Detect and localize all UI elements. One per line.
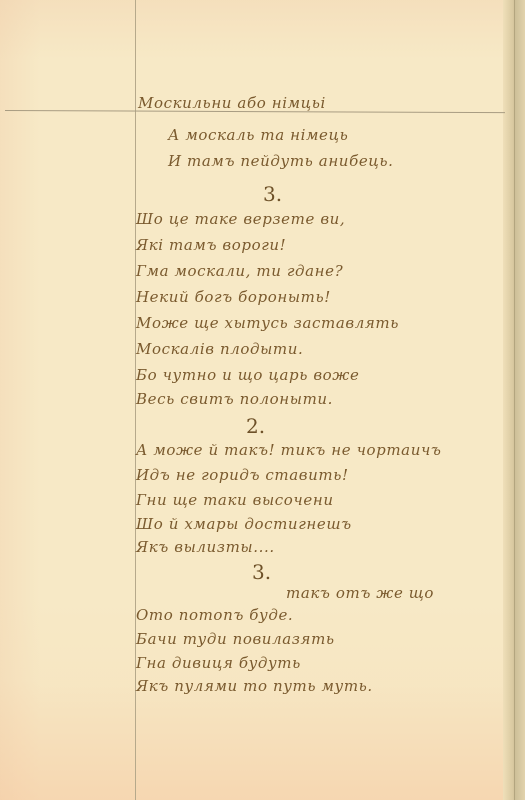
- intro-line: И тамъ пейдуть анибець.: [168, 152, 394, 170]
- verse-line: такъ отъ же що: [286, 584, 434, 602]
- verse-line: Якъ вылизты....: [136, 538, 275, 556]
- verse-line: А може й такъ! тикъ не чортаичъ: [136, 441, 442, 459]
- verse-line: Идъ не горидъ ставить!: [136, 466, 349, 484]
- verse-line: Бачи туди повилазять: [136, 630, 335, 648]
- verse-line: Шо й хмары достигнешъ: [136, 515, 352, 533]
- stanza-number: 3.: [263, 182, 282, 206]
- verse-line: Які тамъ вороги!: [136, 236, 286, 254]
- verse-line: Москалів плодыти.: [136, 340, 303, 358]
- verse-line: Весь свитъ полоныти.: [136, 390, 333, 408]
- verse-line: Некий богъ бороныть!: [136, 288, 331, 306]
- manuscript-page: Москильни або німцьі А москаль та німець…: [0, 0, 525, 800]
- heading-line: Москильни або німцьі: [138, 94, 326, 112]
- verse-line: Гма москали, ти гдане?: [136, 262, 343, 280]
- handwritten-text: Москильни або німцьі А москаль та німець…: [0, 0, 525, 800]
- verse-line: Бо чутно и що царь воже: [136, 366, 359, 384]
- verse-line: Якъ пулями то путь муть.: [136, 677, 373, 695]
- verse-line: Гни ще таки высочени: [136, 491, 334, 509]
- stanza-number: 2.: [246, 414, 265, 438]
- verse-line: Шо це таке верзете ви,: [136, 210, 345, 228]
- verse-line: Ото потопъ буде.: [136, 606, 293, 624]
- verse-line: Може ще хытусь заставлять: [136, 314, 399, 332]
- stanza-number: 3.: [252, 560, 271, 584]
- verse-line: Гна дивиця будуть: [136, 654, 301, 672]
- intro-line: А москаль та німець: [168, 126, 348, 144]
